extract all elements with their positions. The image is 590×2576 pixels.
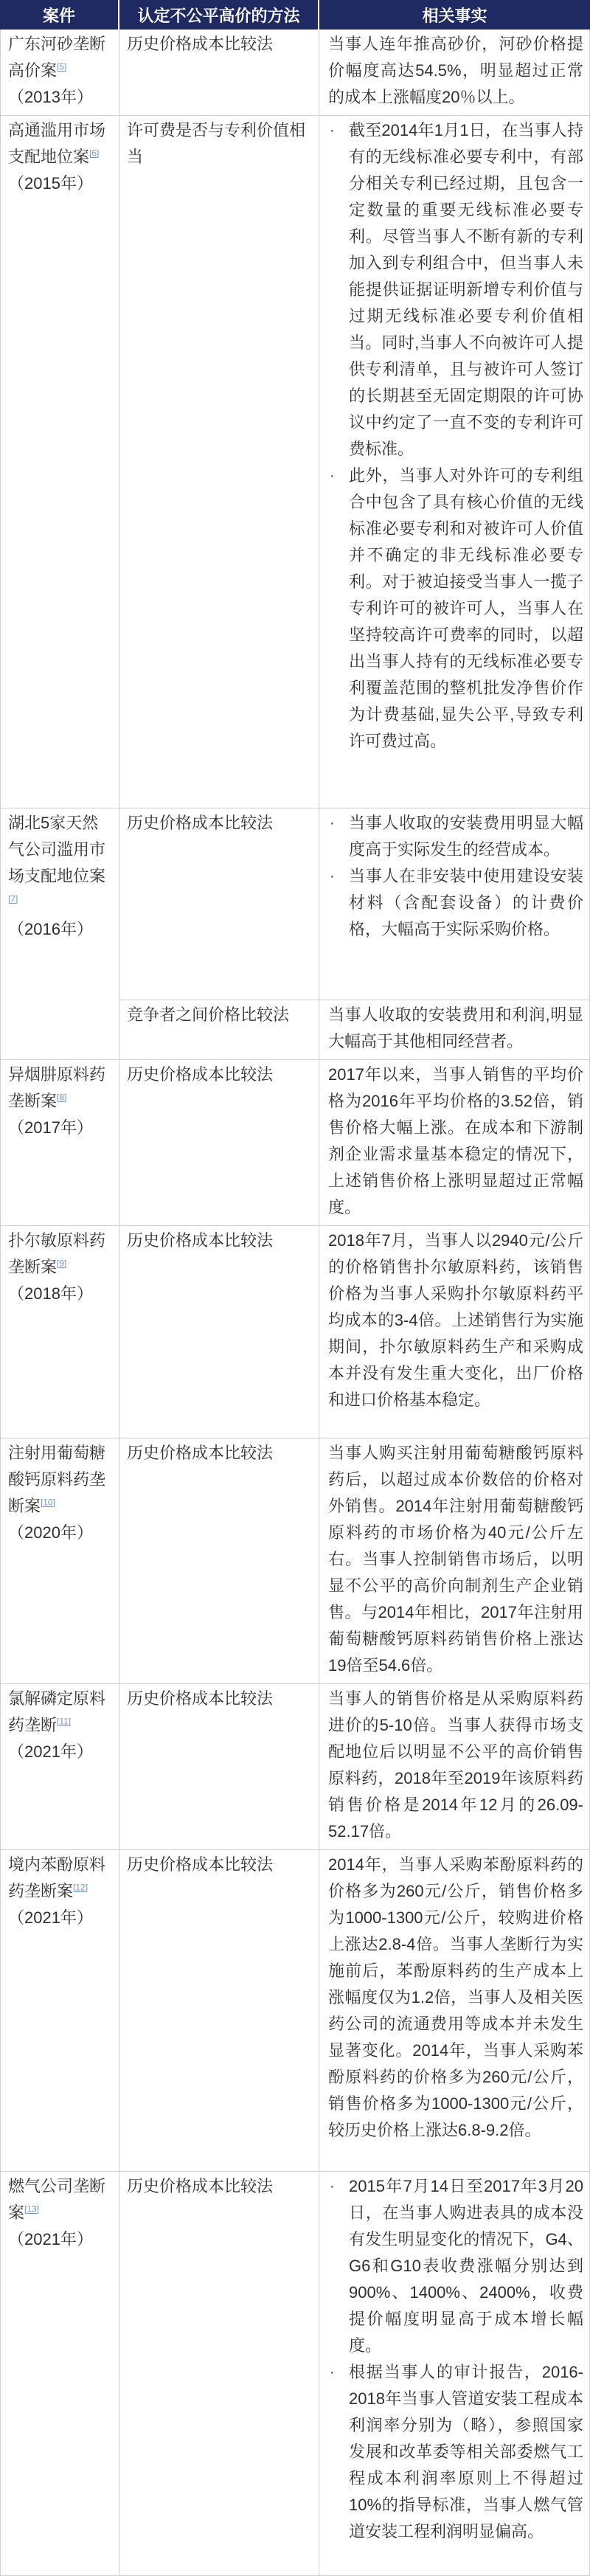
footnote-ref[interactable]: [10] xyxy=(41,1498,55,1508)
fact-item: · 此外，当事人对外许可的专利组合中包含了具有核心价值的无线标准必要专利和对被许… xyxy=(328,463,583,755)
fact-item: 当事人连年推高砂价，河砂价格提价幅度高达54.5%，明显超过正常的成本上涨幅度2… xyxy=(328,31,583,111)
facts-cell: 2017年以来，当事人销售的平均价格为2016年平均价格的3.52倍，销售价格大… xyxy=(319,1060,590,1226)
facts-cell: · 截至2014年1月1日，在当事人持有的无线标准必要专利中，有部分相关专利已经… xyxy=(319,116,590,809)
fact-text: 当事人购买注射用葡萄糖酸钙原料药后，以超过成本价数倍的价格对外销售。2014年注… xyxy=(328,1440,583,1679)
table-row: 扑尔敏原料药垄断案[9] （2018年） 历史价格成本比较法 2018年7月，当… xyxy=(0,1226,590,1438)
case-cell: 异烟肼原料药垄断案[8] （2017年） xyxy=(0,1060,119,1226)
table-row: 湖北5家天然气公司滥用市场支配地位案[7] （2016年） 历史价格成本比较法 … xyxy=(0,809,590,1000)
facts-cell: 2014年，当事人采购苯酚原料药的价格多为260元/公斤，销售价格多为1000-… xyxy=(319,1850,590,2172)
fact-item: · 当事人收取的安装费用明显大幅度高于实际发生的经营成本。 xyxy=(328,810,583,863)
case-cell: 扑尔敏原料药垄断案[9] （2018年） xyxy=(0,1226,119,1438)
bullet-icon: · xyxy=(328,463,349,755)
case-cell: 湖北5家天然气公司滥用市场支配地位案[7] （2016年） xyxy=(0,809,119,1060)
footnote-ref[interactable]: [5] xyxy=(57,62,66,72)
table-row: 氯解磷定原料药垄断[11] （2021年） 历史价格成本比较法 当事人的销售价格… xyxy=(0,1684,590,1850)
method-label: 历史价格成本比较法 xyxy=(127,1065,273,1084)
method-label: 历史价格成本比较法 xyxy=(127,35,273,53)
fact-text: 当事人收取的安装费用和利润,明显大幅高于其他相同经营者。 xyxy=(328,1002,583,1055)
case-name: 异烟肼原料药垄断案 xyxy=(8,1065,105,1110)
footnote-ref[interactable]: [6] xyxy=(89,148,99,159)
facts-cell: · 2015年7月14日至2017年3月20日，在当事人购进表具的成本没有发生明… xyxy=(319,2172,590,2576)
fact-item: 当事人的销售价格是从采购原料药进价的5-10倍。当事人获得市场支配地位后以明显不… xyxy=(328,1686,583,1845)
method-cell: 历史价格成本比较法 xyxy=(119,1060,319,1226)
footnote-ref[interactable]: [8] xyxy=(57,1093,66,1103)
case-cell: 注射用葡萄糖酸钙原料药垄断案[10] （2020年） xyxy=(0,1438,119,1684)
case-year: （2013年） xyxy=(8,84,114,111)
facts-cell: · 当事人收取的安装费用明显大幅度高于实际发生的经营成本。 · 当事人在非安装中… xyxy=(319,809,590,1000)
header-method: 认定不公平高价的方法 xyxy=(119,0,319,30)
fact-item: 2017年以来，当事人销售的平均价格为2016年平均价格的3.52倍，销售价格大… xyxy=(328,1062,583,1221)
case-cell: 高通滥用市场支配地位案[6] （2015年） xyxy=(0,116,119,809)
fact-item: 当事人收取的安装费用和利润,明显大幅高于其他相同经营者。 xyxy=(328,1002,583,1055)
fact-item: 当事人购买注射用葡萄糖酸钙原料药后，以超过成本价数倍的价格对外销售。2014年注… xyxy=(328,1440,583,1679)
fact-text: 2017年以来，当事人销售的平均价格为2016年平均价格的3.52倍，销售价格大… xyxy=(328,1062,583,1221)
method-label: 竞争者之间价格比较法 xyxy=(127,1005,289,1024)
fact-item: · 根据当事人的审计报告，2016-2018年当事人管道安装工程成本利润率分别为… xyxy=(328,2359,583,2545)
method-label: 历史价格成本比较法 xyxy=(127,1231,273,1250)
case-name: 境内苯酚原料药垄断案 xyxy=(8,1855,105,1900)
page: 案件 认定不公平高价的方法 相关事实 广东河砂垄断高价案[5] （2013年） … xyxy=(0,0,590,2576)
fact-item: · 当事人在非安装中使用建设安装材料（含配套设备）的计费价格，大幅高于实际采购价… xyxy=(328,863,583,943)
table-row: 燃气公司垄断案[13] （2021年） 历史价格成本比较法 · 2015年7月1… xyxy=(0,2172,590,2576)
header-facts: 相关事实 xyxy=(319,0,590,30)
method-cell: 历史价格成本比较法 xyxy=(119,30,319,116)
bullet-icon: · xyxy=(328,810,349,863)
case-name: 扑尔敏原料药垄断案 xyxy=(8,1231,105,1276)
case-year: （2016年） xyxy=(8,916,114,943)
method-label: 许可费是否与专利价值相当 xyxy=(127,121,305,166)
method-cell: 历史价格成本比较法 xyxy=(119,1226,319,1438)
case-name: 燃气公司垄断案 xyxy=(8,2177,105,2222)
footnote-ref[interactable]: [13] xyxy=(24,2204,39,2215)
case-year: （2018年） xyxy=(8,1281,114,1307)
case-name: 湖北5家天然气公司滥用市场支配地位案 xyxy=(8,814,105,885)
fact-text: 根据当事人的审计报告，2016-2018年当事人管道安装工程成本利润率分别为（略… xyxy=(349,2359,583,2545)
header-row: 案件 认定不公平高价的方法 相关事实 xyxy=(0,0,590,30)
bullet-icon: · xyxy=(328,2359,349,2545)
case-year: （2015年） xyxy=(8,170,114,197)
facts-cell: 当事人购买注射用葡萄糖酸钙原料药后，以超过成本价数倍的价格对外销售。2014年注… xyxy=(319,1438,590,1684)
case-year: （2017年） xyxy=(8,1115,114,1141)
method-label: 历史价格成本比较法 xyxy=(127,1689,273,1708)
facts-cell: 2018年7月，当事人以2940元/公斤的价格销售扑尔敏原料药，该销售价格为当事… xyxy=(319,1226,590,1438)
fact-item: · 2015年7月14日至2017年3月20日，在当事人购进表具的成本没有发生明… xyxy=(328,2173,583,2359)
method-cell: 许可费是否与专利价值相当 xyxy=(119,116,319,809)
footnote-ref[interactable]: [7] xyxy=(8,894,18,904)
method-label: 历史价格成本比较法 xyxy=(127,1855,273,1874)
method-cell: 历史价格成本比较法 xyxy=(119,809,319,1000)
bullet-icon: · xyxy=(328,863,349,943)
method-cell: 历史价格成本比较法 xyxy=(119,1850,319,2172)
method-cell: 历史价格成本比较法 xyxy=(119,1438,319,1684)
method-cell: 历史价格成本比较法 xyxy=(119,2172,319,2576)
fact-item: · 截至2014年1月1日，在当事人持有的无线标准必要专利中，有部分相关专利已经… xyxy=(328,117,583,463)
table-row: 广东河砂垄断高价案[5] （2013年） 历史价格成本比较法 当事人连年推高砂价… xyxy=(0,30,590,116)
fact-text: 当事人的销售价格是从采购原料药进价的5-10倍。当事人获得市场支配地位后以明显不… xyxy=(328,1686,583,1845)
case-cell: 燃气公司垄断案[13] （2021年） xyxy=(0,2172,119,2576)
cases-table: 案件 认定不公平高价的方法 相关事实 广东河砂垄断高价案[5] （2013年） … xyxy=(0,0,590,2576)
method-cell: 历史价格成本比较法 xyxy=(119,1684,319,1850)
facts-cell: 当事人的销售价格是从采购原料药进价的5-10倍。当事人获得市场支配地位后以明显不… xyxy=(319,1684,590,1850)
footnote-ref[interactable]: [9] xyxy=(57,1258,66,1269)
method-label: 历史价格成本比较法 xyxy=(127,1444,273,1462)
header-case: 案件 xyxy=(0,0,119,30)
bullet-icon: · xyxy=(328,2173,349,2359)
case-year: （2020年） xyxy=(8,1520,114,1546)
fact-item: 2018年7月，当事人以2940元/公斤的价格销售扑尔敏原料药，该销售价格为当事… xyxy=(328,1228,583,1413)
fact-text: 2014年，当事人采购苯酚原料药的价格多为260元/公斤，销售价格多为1000-… xyxy=(328,1852,583,2144)
footnote-ref[interactable]: [12] xyxy=(73,1883,88,1893)
case-cell: 广东河砂垄断高价案[5] （2013年） xyxy=(0,30,119,116)
case-cell: 境内苯酚原料药垄断案[12] （2021年） xyxy=(0,1850,119,2172)
fact-text: 此外，当事人对外许可的专利组合中包含了具有核心价值的无线标准必要专利和对被许可人… xyxy=(349,463,583,755)
footnote-ref[interactable]: [11] xyxy=(57,1717,71,1727)
facts-cell: 当事人收取的安装费用和利润,明显大幅高于其他相同经营者。 xyxy=(319,1000,590,1060)
fact-text: 截至2014年1月1日，在当事人持有的无线标准必要专利中，有部分相关专利已经过期… xyxy=(349,117,583,463)
case-year: （2021年） xyxy=(8,1739,114,1765)
method-label: 历史价格成本比较法 xyxy=(127,814,273,832)
case-name: 高通滥用市场支配地位案 xyxy=(8,121,105,166)
fact-text: 当事人连年推高砂价，河砂价格提价幅度高达54.5%，明显超过正常的成本上涨幅度2… xyxy=(328,31,583,111)
table-row: 境内苯酚原料药垄断案[12] （2021年） 历史价格成本比较法 2014年，当… xyxy=(0,1850,590,2172)
case-name: 氯解磷定原料药垄断 xyxy=(8,1689,105,1734)
case-cell: 氯解磷定原料药垄断[11] （2021年） xyxy=(0,1684,119,1850)
case-year: （2021年） xyxy=(8,1905,114,1931)
fact-text: 2015年7月14日至2017年3月20日，在当事人购进表具的成本没有发生明显变… xyxy=(349,2173,583,2359)
table-row: 注射用葡萄糖酸钙原料药垄断案[10] （2020年） 历史价格成本比较法 当事人… xyxy=(0,1438,590,1684)
method-label: 历史价格成本比较法 xyxy=(127,2177,273,2195)
bullet-icon: · xyxy=(328,117,349,463)
fact-text: 当事人收取的安装费用明显大幅度高于实际发生的经营成本。 xyxy=(349,810,583,863)
fact-text: 当事人在非安装中使用建设安装材料（含配套设备）的计费价格，大幅高于实际采购价格。 xyxy=(349,863,583,943)
table-row: 高通滥用市场支配地位案[6] （2015年） 许可费是否与专利价值相当 · 截至… xyxy=(0,116,590,809)
table-row: 异烟肼原料药垄断案[8] （2017年） 历史价格成本比较法 2017年以来，当… xyxy=(0,1060,590,1226)
fact-item: 2014年，当事人采购苯酚原料药的价格多为260元/公斤，销售价格多为1000-… xyxy=(328,1852,583,2144)
case-year: （2021年） xyxy=(8,2226,114,2253)
facts-cell: 当事人连年推高砂价，河砂价格提价幅度高达54.5%，明显超过正常的成本上涨幅度2… xyxy=(319,30,590,116)
case-name: 注射用葡萄糖酸钙原料药垄断案 xyxy=(8,1444,105,1515)
method-cell: 竞争者之间价格比较法 xyxy=(119,1000,319,1060)
fact-text: 2018年7月，当事人以2940元/公斤的价格销售扑尔敏原料药，该销售价格为当事… xyxy=(328,1228,583,1413)
case-name: 广东河砂垄断高价案 xyxy=(8,35,105,80)
